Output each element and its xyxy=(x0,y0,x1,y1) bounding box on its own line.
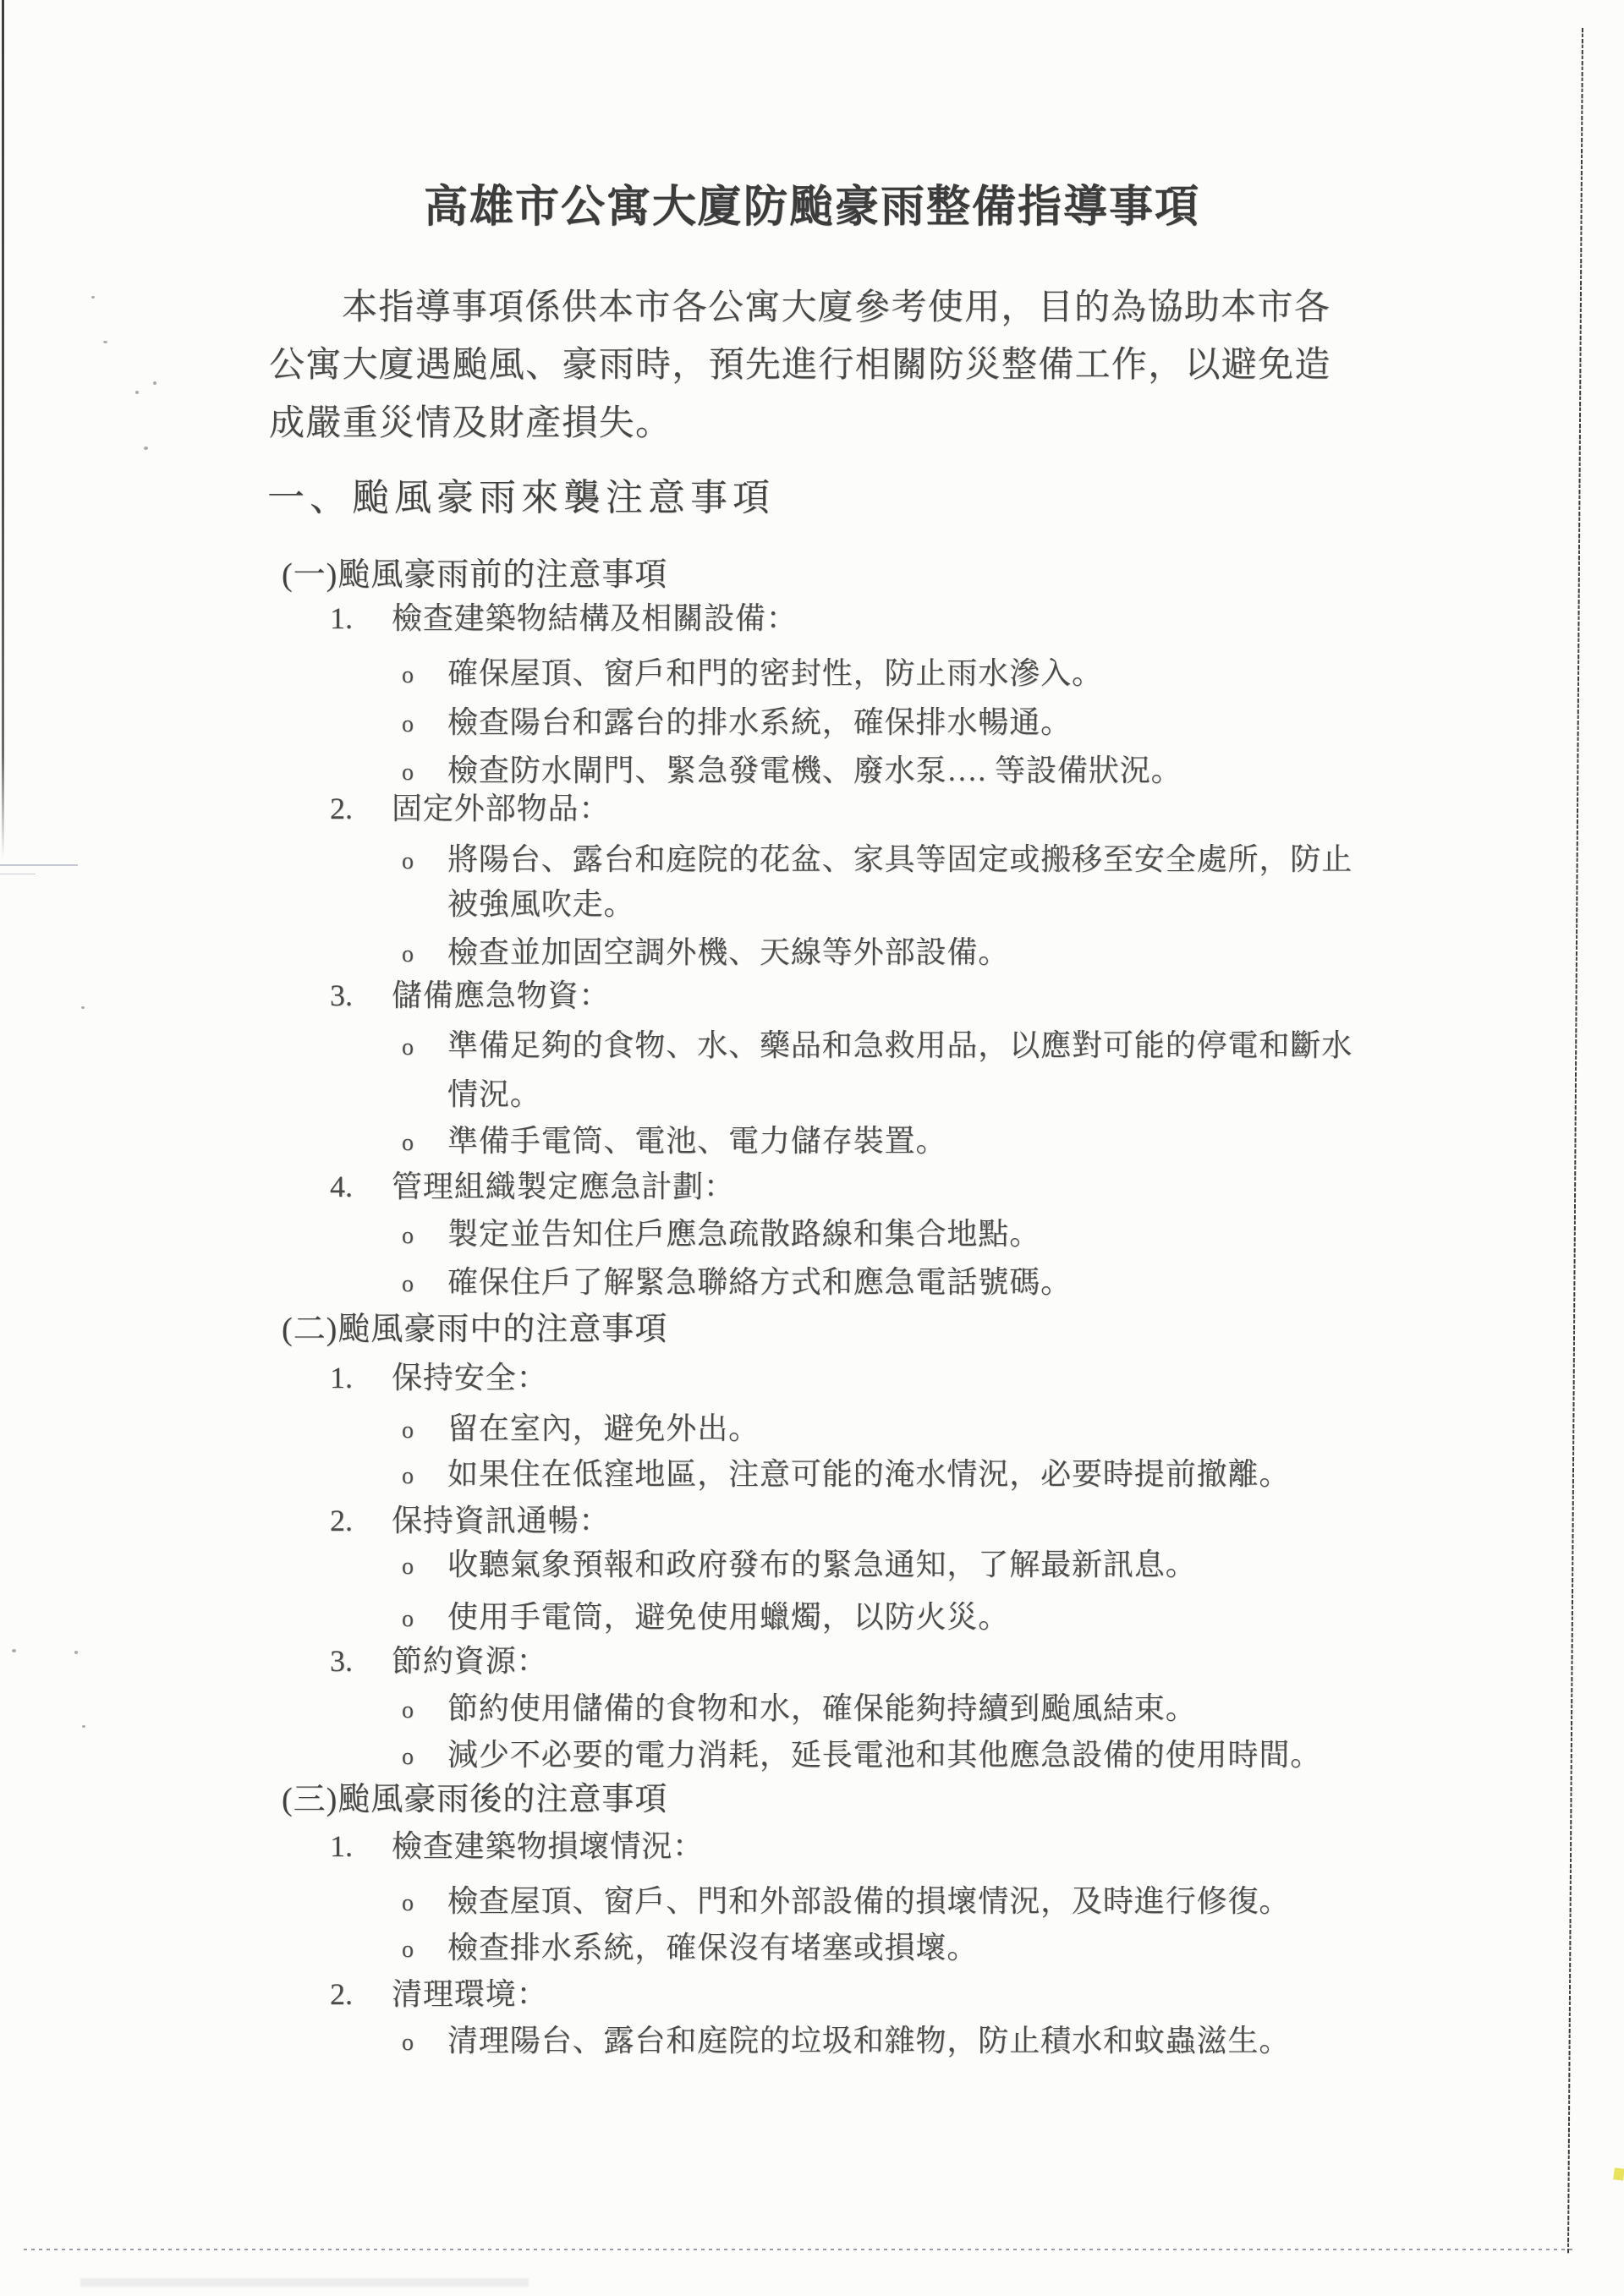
bullet-text: 使用手電筒，避免使用蠟燭，以防火災。 xyxy=(447,1600,1009,1634)
bullet-line: o減少不必要的電力消耗，延長電池和其他應急設備的使用時間。 xyxy=(402,1738,1321,1773)
bullet-text: 準備足夠的食物、水、藥品和急救用品，以應對可能的停電和斷水 xyxy=(447,1028,1352,1062)
item-number: 3. xyxy=(330,1644,392,1679)
bullet-icon: o xyxy=(402,1271,447,1298)
scan-edge-line-right xyxy=(1567,28,1583,2254)
item-number: 4. xyxy=(330,1170,392,1204)
bullet-text: 檢查排水系統，確保沒有堵塞或損壞。 xyxy=(447,1931,978,1964)
bullet-icon: o xyxy=(402,1937,447,1964)
bullet-line: o如果住在低窪地區，注意可能的淹水情況，必要時提前撤離。 xyxy=(402,1457,1290,1492)
bullet-icon: o xyxy=(402,1744,447,1771)
scan-speck xyxy=(135,391,139,394)
document-title: 高雄市公寓大廈防颱豪雨整備指導事項 xyxy=(14,183,1610,233)
scan-speck xyxy=(144,447,148,450)
bullet-text: 將陽台、露台和庭院的花盆、家具等固定或搬移至安全處所，防止 xyxy=(447,842,1352,876)
item-title-text: 保持資訊通暢： xyxy=(392,1504,610,1537)
bullet-icon: o xyxy=(402,1463,447,1490)
item-number: 2. xyxy=(330,1977,392,2012)
subsection-heading: (三)颱風豪雨後的注意事項 xyxy=(282,1782,667,1819)
list-item: 1.保持安全： xyxy=(330,1361,548,1395)
bullet-icon: o xyxy=(402,1697,447,1724)
bullet-line: o檢查防水閘門、緊急發電機、廢水泵…. 等設備狀況。 xyxy=(402,753,1182,788)
bullet-text: 確保住戶了解緊急聯絡方式和應急電話號碼。 xyxy=(447,1265,1072,1299)
list-item: 4.管理組織製定應急計劃： xyxy=(330,1170,735,1204)
scan-speck xyxy=(82,1725,85,1728)
list-item: 2.清理環境： xyxy=(330,1977,548,2012)
bullet-line: o使用手電筒，避免使用蠟燭，以防火災。 xyxy=(402,1600,1009,1635)
subsection-heading: (一)颱風豪雨前的注意事項 xyxy=(282,557,667,595)
bullet-text: 節約使用儲備的食物和水，確保能夠持續到颱風結束。 xyxy=(447,1691,1197,1725)
bullet-line: o清理陽台、露台和庭院的垃圾和雜物，防止積水和蚊蟲滋生。 xyxy=(402,2024,1290,2058)
bullet-icon: o xyxy=(402,2030,447,2057)
list-item: 2.保持資訊通暢： xyxy=(330,1504,610,1538)
bullet-icon: o xyxy=(402,941,447,968)
bullet-line: o檢查屋頂、窗戶、門和外部設備的損壞情況，及時進行修復。 xyxy=(402,1884,1290,1919)
bullet-text: 檢查並加固空調外機、天線等外部設備。 xyxy=(447,935,1009,969)
item-number: 2. xyxy=(330,1504,392,1538)
scan-hairline xyxy=(0,874,36,874)
scan-speck xyxy=(103,341,107,343)
bullet-line: o確保住戶了解緊急聯絡方式和應急電話號碼。 xyxy=(402,1265,1072,1300)
scan-speck xyxy=(153,381,156,385)
bullet-text: 準備手電筒、電池、電力儲存裝置。 xyxy=(447,1124,946,1158)
item-number: 1. xyxy=(330,1361,392,1395)
item-number: 1. xyxy=(330,1829,392,1864)
scan-dotted-line-bottom xyxy=(24,2249,1577,2250)
bullet-line: o留在室內，避免外出。 xyxy=(402,1411,760,1446)
bullet-icon: o xyxy=(402,848,447,875)
bullet-icon: o xyxy=(402,759,447,786)
bullet-line: o準備手電筒、電池、電力儲存裝置。 xyxy=(402,1124,946,1159)
list-item: 1.檢查建築物損壞情況： xyxy=(330,1829,704,1864)
bullet-text: 檢查防水閘門、緊急發電機、廢水泵…. 等設備狀況。 xyxy=(447,753,1182,787)
bullet-text: 收聽氣象預報和政府發布的緊急通知，了解最新訊息。 xyxy=(447,1548,1197,1581)
bullet-line: o檢查陽台和露台的排水系統，確保排水暢通。 xyxy=(402,705,1072,740)
list-item: 3.儲備應急物資： xyxy=(330,978,610,1013)
subsection-heading: (二)颱風豪雨中的注意事項 xyxy=(282,1312,667,1349)
bullet-icon: o xyxy=(402,1034,447,1061)
bullet-line: o將陽台、露台和庭院的花盆、家具等固定或搬移至安全處所，防止 xyxy=(402,842,1352,877)
item-title-text: 儲備應急物資： xyxy=(392,978,610,1012)
item-number: 1. xyxy=(330,601,392,636)
bullet-line: o製定並告知住戶應急疏散路線和集合地點。 xyxy=(402,1217,1040,1252)
scanned-document-page: 高雄市公寓大廈防颱豪雨整備指導事項 本指導事項係供本市各公寓大廈參考使用，目的為… xyxy=(0,0,1624,2296)
scan-speck xyxy=(81,1006,85,1009)
scan-edge-line-left xyxy=(2,0,4,858)
bullet-icon: o xyxy=(402,1223,447,1250)
bullet-icon: o xyxy=(402,1890,447,1917)
bullet-line: o確保屋頂、窗戶和門的密封性，防止雨水滲入。 xyxy=(402,656,1103,691)
scan-smudge xyxy=(80,2278,529,2287)
item-title-text: 管理組織製定應急計劃： xyxy=(392,1170,735,1203)
scan-speck xyxy=(74,1651,78,1654)
bullet-icon: o xyxy=(402,662,447,689)
bullet-text: 製定並告知住戶應急疏散路線和集合地點。 xyxy=(447,1217,1040,1251)
bullet-icon: o xyxy=(402,1553,447,1581)
list-item: 3.節約資源： xyxy=(330,1644,548,1679)
item-number: 3. xyxy=(330,978,392,1013)
bullet-text: 確保屋頂、窗戶和門的密封性，防止雨水滲入。 xyxy=(447,656,1103,690)
intro-line: 本指導事項係供本市各公寓大廈參考使用，目的為協助本市各 xyxy=(342,288,1330,328)
bullet-continuation: 情況。 xyxy=(447,1077,541,1112)
scan-speck xyxy=(12,1649,16,1652)
bullet-text: 檢查屋頂、窗戶、門和外部設備的損壞情況，及時進行修復。 xyxy=(447,1884,1290,1918)
bullet-line: o檢查排水系統，確保沒有堵塞或損壞。 xyxy=(402,1931,978,1965)
bullet-continuation: 被強風吹走。 xyxy=(447,887,634,922)
bullet-text: 留在室內，避免外出。 xyxy=(447,1411,760,1445)
bullet-line: o收聽氣象預報和政府發布的緊急通知，了解最新訊息。 xyxy=(402,1548,1197,1582)
bullet-text: 如果住在低窪地區，注意可能的淹水情況，必要時提前撤離。 xyxy=(447,1457,1290,1491)
item-title-text: 保持安全： xyxy=(392,1361,548,1395)
list-item: 2.固定外部物品： xyxy=(330,792,610,826)
item-title-text: 節約資源： xyxy=(392,1644,548,1678)
bullet-line: o節約使用儲備的食物和水，確保能夠持續到颱風結束。 xyxy=(402,1691,1197,1726)
item-title-text: 固定外部物品： xyxy=(392,792,610,825)
item-title-text: 檢查建築物損壞情況： xyxy=(392,1829,704,1863)
intro-line: 公寓大廈遇颱風、豪雨時，預先進行相關防災整備工作，以避免造 xyxy=(269,345,1331,386)
scan-hairline xyxy=(0,864,78,866)
bullet-text: 清理陽台、露台和庭院的垃圾和雜物，防止積水和蚊蟲滋生。 xyxy=(447,2024,1290,2058)
section-heading: 一、颱風豪雨來襲注意事項 xyxy=(267,477,775,520)
item-title-text: 檢查建築物結構及相關設備： xyxy=(392,601,798,635)
bullet-line: o檢查並加固空調外機、天線等外部設備。 xyxy=(402,935,1009,970)
scan-speck xyxy=(91,296,95,299)
bullet-text: 檢查陽台和露台的排水系統，確保排水暢通。 xyxy=(447,705,1072,739)
item-number: 2. xyxy=(330,792,392,826)
bullet-text: 減少不必要的電力消耗，延長電池和其他應急設備的使用時間。 xyxy=(447,1738,1321,1772)
bullet-icon: o xyxy=(402,1417,447,1444)
bullet-line: o準備足夠的食物、水、藥品和急救用品，以應對可能的停電和斷水 xyxy=(402,1028,1352,1063)
bullet-icon: o xyxy=(402,1606,447,1633)
scan-mark-yellow xyxy=(1613,2167,1624,2181)
list-item: 1.檢查建築物結構及相關設備： xyxy=(330,601,798,636)
intro-line: 成嚴重災情及財產損失。 xyxy=(269,403,672,444)
bullet-icon: o xyxy=(402,711,447,738)
bullet-icon: o xyxy=(402,1130,447,1157)
item-title-text: 清理環境： xyxy=(392,1977,548,2011)
